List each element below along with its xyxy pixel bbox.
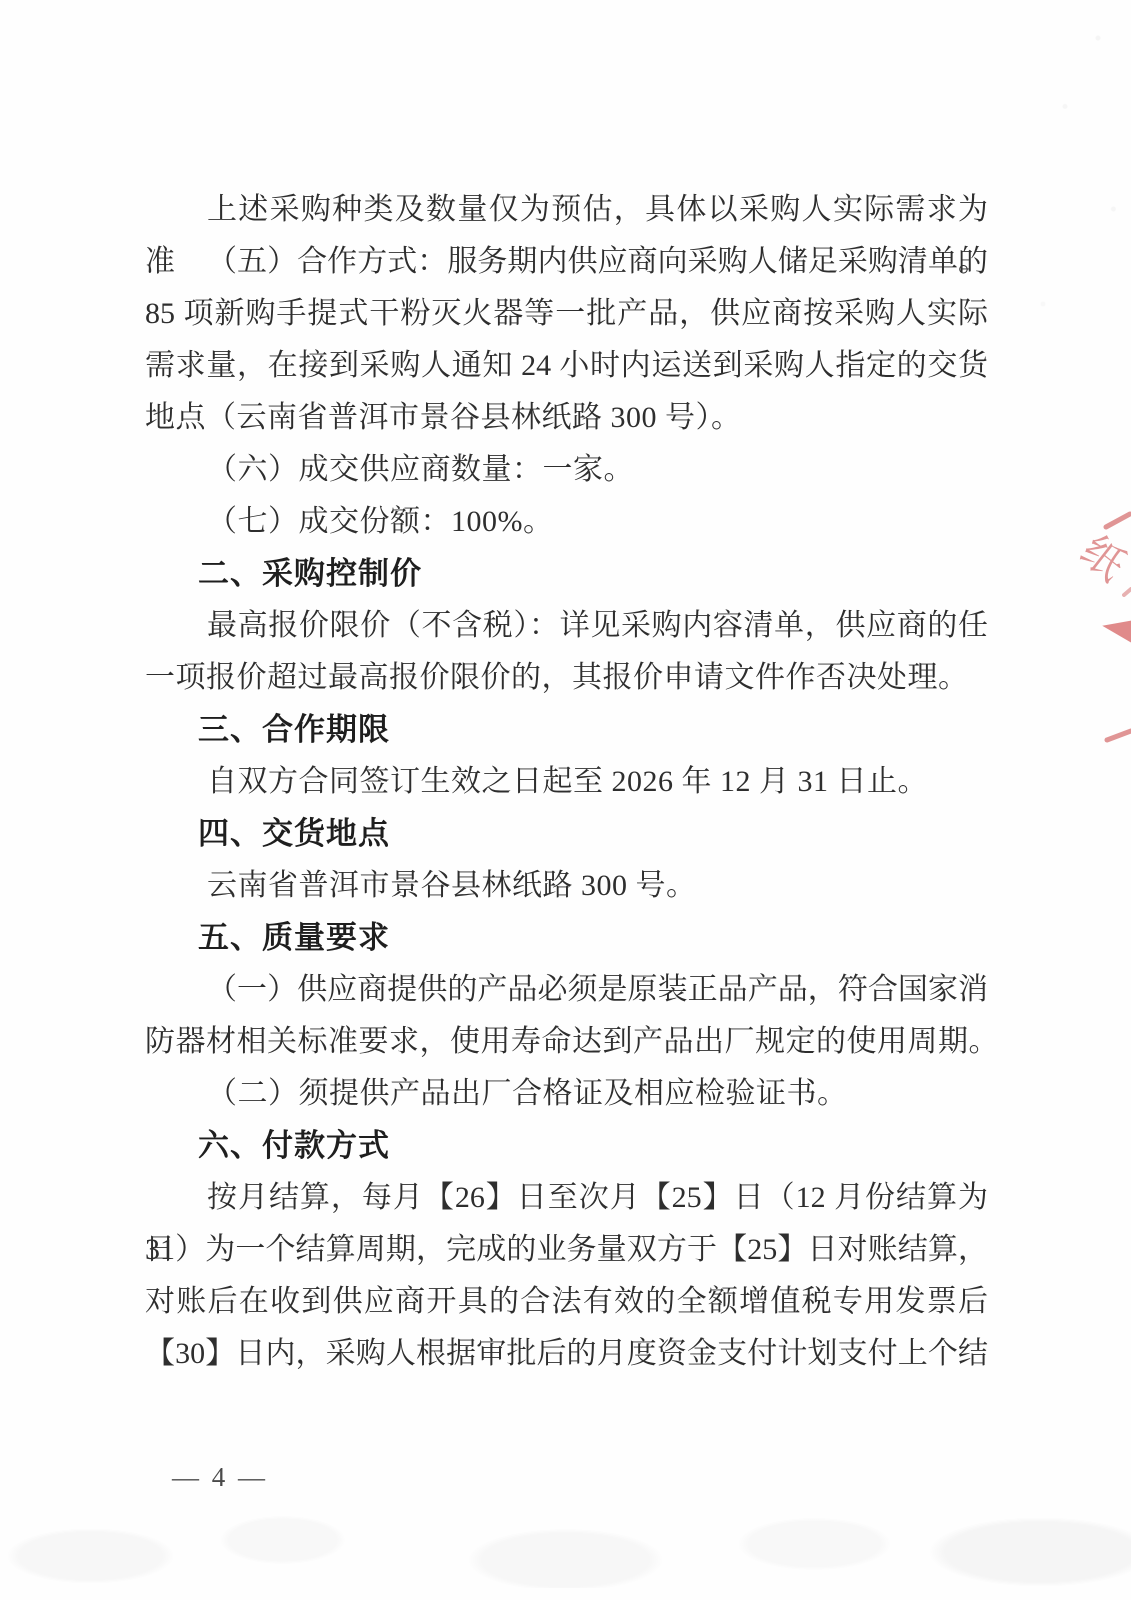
page-number: — 4 — bbox=[172, 1462, 268, 1493]
seal-ring-stroke-top bbox=[1106, 514, 1130, 527]
seal-ring-stroke-bottom bbox=[1107, 731, 1131, 740]
doc-line: （七）成交份额：100%。 bbox=[145, 496, 988, 548]
doc-line: （六）成交供应商数量：一家。 bbox=[145, 444, 988, 496]
section-heading-payment-method: 六、付款方式 bbox=[145, 1120, 988, 1172]
doc-line: 按月结算，每月【26】日至次月【25】日（12 月份结算为 31 bbox=[145, 1172, 988, 1224]
doc-line: 日）为一个结算周期，完成的业务量双方于【25】日对账结算， bbox=[145, 1224, 988, 1276]
doc-line: 对账后在收到供应商开具的合法有效的全额增值税专用发票后 bbox=[145, 1276, 988, 1328]
seal-ring-stroke-upper-right bbox=[1124, 589, 1131, 595]
doc-line: 云南省普洱市景谷县林纸路 300 号。 bbox=[145, 860, 988, 912]
doc-line: 最高报价限价（不含税）：详见采购内容清单，供应商的任 bbox=[145, 600, 988, 652]
section-heading-delivery-location: 四、交货地点 bbox=[145, 808, 988, 860]
doc-line: 【30】日内，采购人根据审批后的月度资金支付计划支付上个结 bbox=[145, 1328, 988, 1380]
doc-line: （五）合作方式：服务期内供应商向采购人储足采购清单的 bbox=[145, 236, 988, 288]
scan-noise-bottom bbox=[0, 1508, 1131, 1588]
doc-line: 需求量，在接到采购人通知 24 小时内运送到采购人指定的交货 bbox=[145, 340, 988, 392]
doc-line: 防器材相关标准要求，使用寿命达到产品出厂规定的使用周期。 bbox=[145, 1016, 988, 1068]
doc-line: （一）供应商提供的产品必须是原装正品产品，符合国家消 bbox=[145, 964, 988, 1016]
doc-line: 自双方合同签订生效之日起至 2026 年 12 月 31 日止。 bbox=[145, 756, 988, 808]
document-text-block: 上述采购种类及数量仅为预估，具体以采购人实际需求为准。 （五）合作方式：服务期内… bbox=[145, 184, 988, 1380]
official-seal-stamp: 纸 bbox=[996, 495, 1131, 760]
section-heading-procurement-control-price: 二、采购控制价 bbox=[145, 548, 988, 600]
section-heading-quality-requirements: 五、质量要求 bbox=[145, 912, 988, 964]
doc-line: 85 项新购手提式干粉灭火器等一批产品，供应商按采购人实际 bbox=[145, 288, 988, 340]
doc-line: 一项报价超过最高报价限价的，其报价申请文件作否决处理。 bbox=[145, 652, 988, 704]
doc-line: 地点（云南省普洱市景谷县林纸路 300 号）。 bbox=[145, 392, 988, 444]
section-heading-cooperation-period: 三、合作期限 bbox=[145, 704, 988, 756]
doc-line: 上述采购种类及数量仅为预估，具体以采购人实际需求为准。 bbox=[145, 184, 988, 236]
document-page: 上述采购种类及数量仅为预估，具体以采购人实际需求为准。 （五）合作方式：服务期内… bbox=[0, 0, 1131, 1600]
seal-ring-character: 纸 bbox=[1072, 527, 1131, 590]
doc-line: （二）须提供产品出厂合格证及相应检验证书。 bbox=[145, 1068, 988, 1120]
